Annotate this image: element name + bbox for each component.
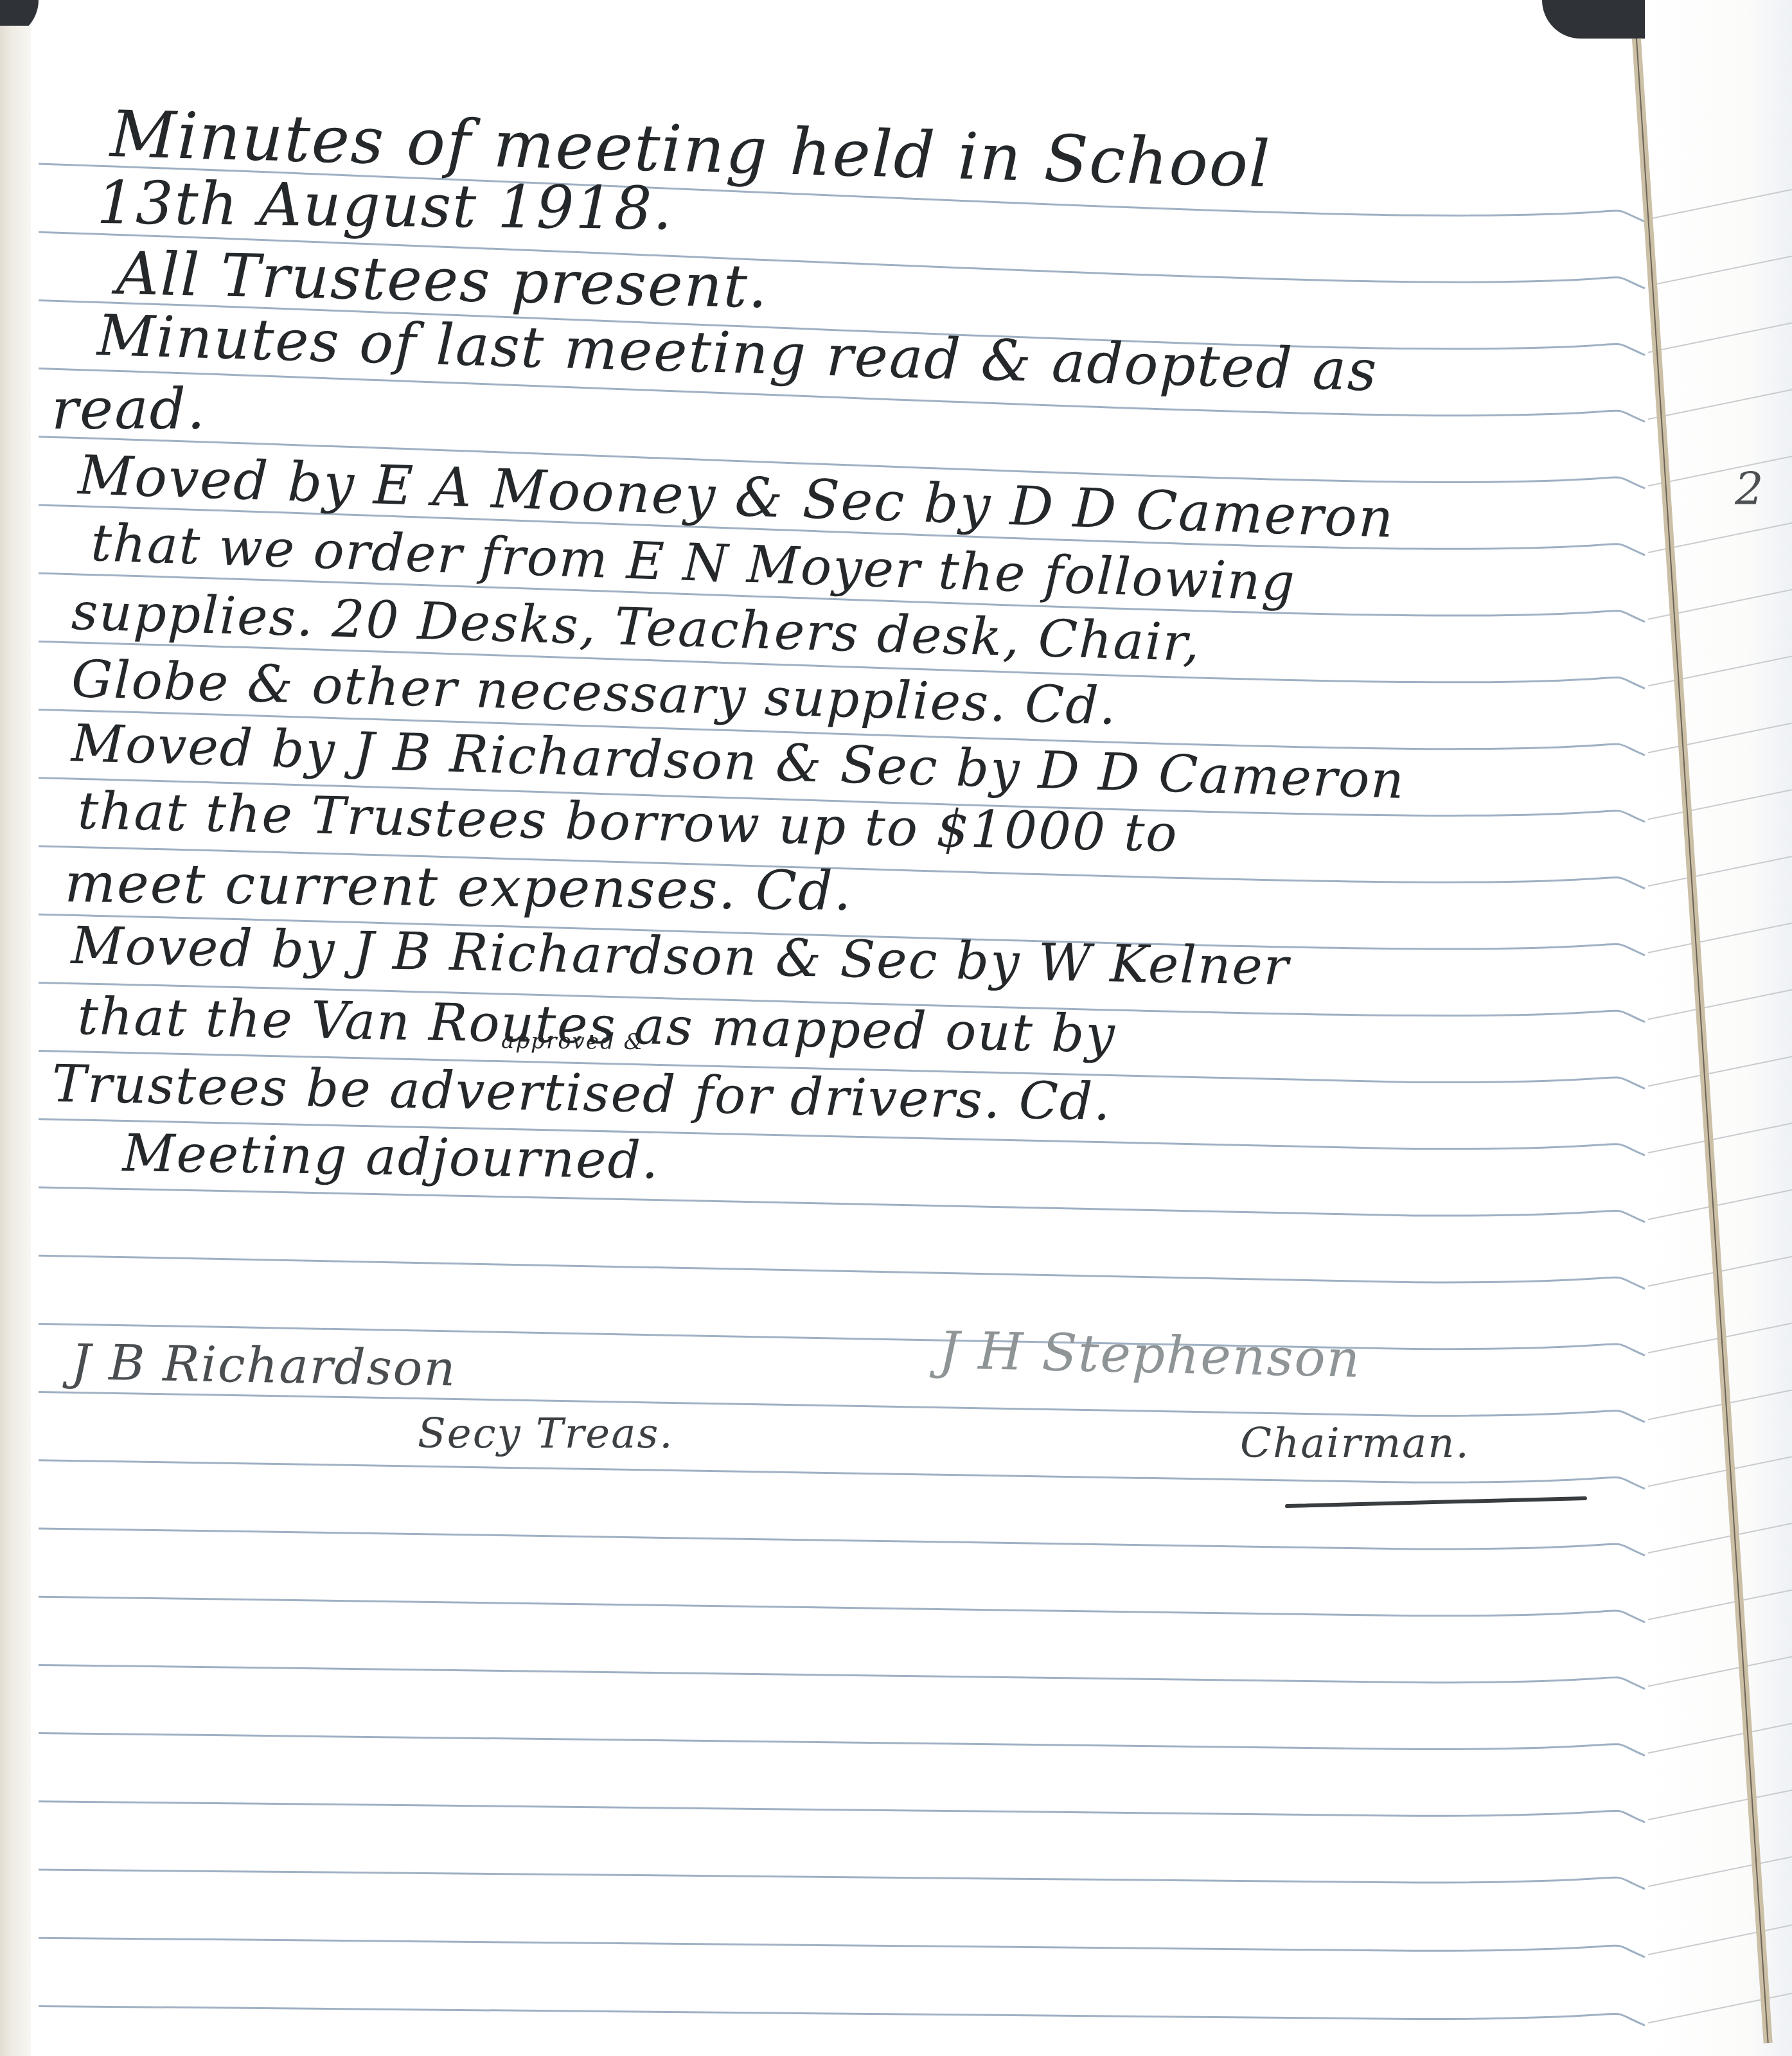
motion-2-line-3: meet current expenses. Cd. — [64, 851, 853, 923]
secretary-signature: J B Richardson — [71, 1333, 457, 1397]
chairman-signature: J H Stephenson — [938, 1320, 1362, 1389]
meeting-adjourned: Meeting adjourned. — [122, 1123, 660, 1191]
meeting-date: 13th August 1918. — [96, 168, 673, 243]
previous-minutes-cont: read. — [51, 376, 206, 442]
notebook-page: 2 Minutes of meeting held in School 13th… — [0, 0, 1792, 2056]
motion-3-insertion: approved & — [501, 1028, 644, 1055]
secretary-title: Secy Treas. — [418, 1410, 674, 1458]
chairman-title: Chairman. — [1240, 1420, 1470, 1467]
page-number: 2 — [1735, 463, 1764, 515]
